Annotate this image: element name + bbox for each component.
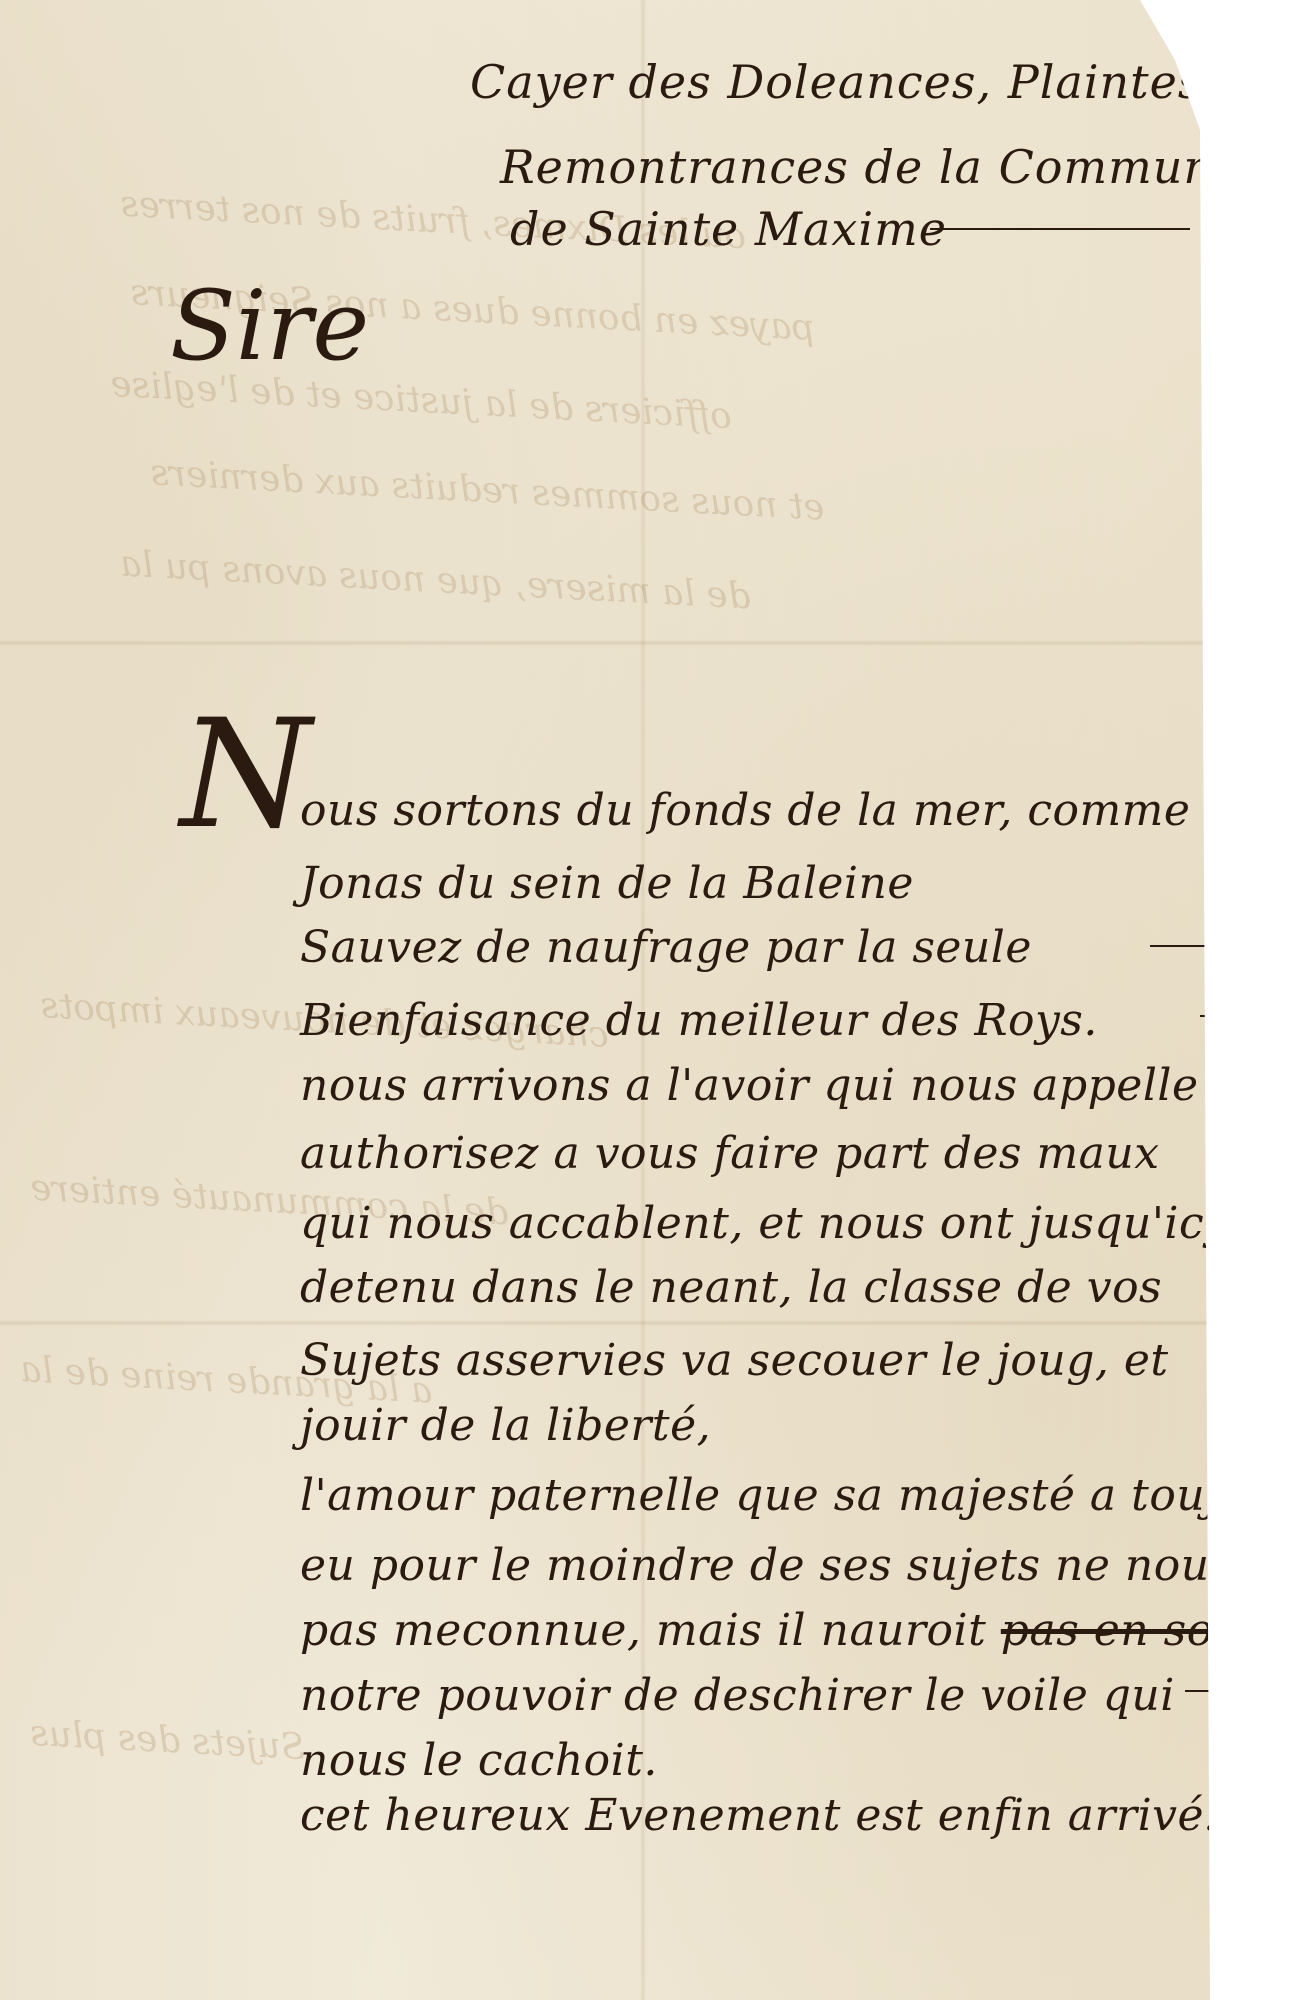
body-line: nous le cachoit. <box>300 1735 658 1786</box>
body-line: Sauvez de naufrage par la seule <box>300 922 1032 973</box>
body-line: Jonas du sein de la Baleine <box>300 858 914 909</box>
struck-out-text: pas en son pouvoir <box>1001 1605 1290 1656</box>
document-title-line: Remontrances de la Communauté <box>500 140 1290 194</box>
line-filler <box>1200 1015 1240 1017</box>
ink-bleed-through: et nous sommes reduits aux derniers <box>149 452 825 528</box>
body-line: detenu dans le neant, la classe de vos <box>300 1262 1162 1313</box>
document-title-line: de Sainte Maxime <box>510 202 947 256</box>
body-line: qui nous accablent, et nous ont jusqu'ic… <box>300 1198 1229 1249</box>
body-line: Sujets asservies va secouer le joug, et <box>300 1335 1169 1386</box>
line-filler <box>1185 1690 1240 1692</box>
body-line: cet heureux Evenement est enfin arrivé: <box>300 1790 1219 1841</box>
body-line: Bienfaisance du meilleur des Roys. <box>300 995 1098 1046</box>
salutation: Sire <box>170 270 369 382</box>
ink-bleed-through: de la misere, que nous avons pu la <box>119 544 751 618</box>
body-line: notre pouvoir de deschirer le voile qui <box>300 1670 1175 1721</box>
body-line: eu pour le moindre de ses sujets ne nous… <box>300 1540 1290 1591</box>
body-line: jouir de la liberté, <box>300 1400 711 1451</box>
decorated-initial: N <box>180 700 311 850</box>
body-line-text: pas meconnue, mais il nauroit <box>300 1605 986 1656</box>
body-line: l'amour paternelle que sa majesté a touj… <box>300 1470 1290 1521</box>
line-filler <box>1200 88 1245 90</box>
body-line: nous arrivons a l'avoir qui nous appelle <box>300 1060 1199 1111</box>
line-filler <box>930 228 1190 230</box>
body-line: ous sortons du fonds de la mer, comme <box>300 785 1190 836</box>
body-line: authorisez a vous faire part des maux <box>300 1128 1160 1179</box>
body-line: pas meconnue, mais il nauroit pas en son… <box>300 1605 1290 1656</box>
manuscript-page: ou les Dixmes, fruits de nos terres paye… <box>0 0 1290 2000</box>
ink-bleed-through: Sujets des plus <box>29 1713 306 1768</box>
document-title-line: Cayer des Doleances, Plaintes & <box>470 55 1260 109</box>
line-filler <box>1150 945 1240 947</box>
